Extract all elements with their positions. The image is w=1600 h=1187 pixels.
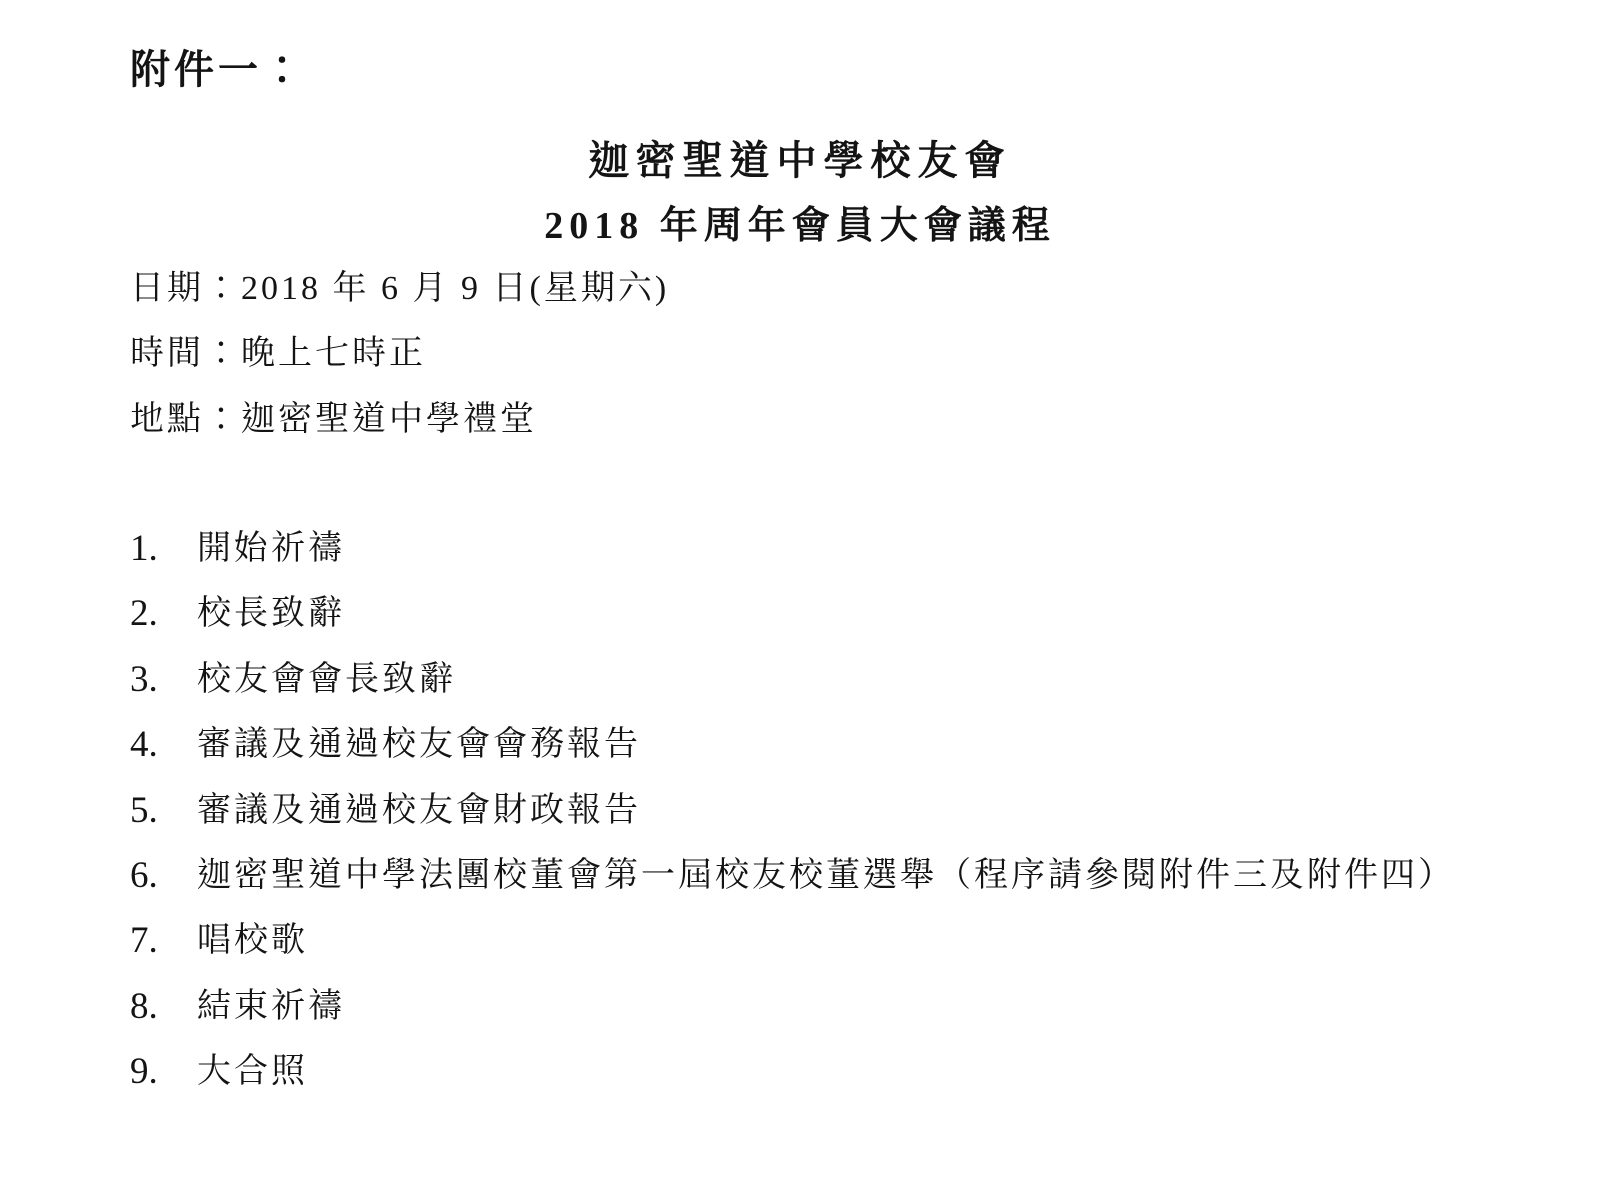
meeting-details: 日期：2018 年 6 月 9 日(星期六) 時間：晚上七時正 地點：迦密聖道中… [130, 271, 669, 467]
agenda-item-text: 審議及通過校友會財政報告 [197, 793, 641, 829]
attachment-label: 附件一： [130, 50, 306, 90]
agenda-item-text: 校友會會長致辭 [197, 662, 456, 698]
agenda-item: 1. 開始祈禱 [130, 531, 1530, 596]
agenda-item-number: 8. [130, 989, 197, 1024]
detail-venue: 地點：迦密聖道中學禮堂 [130, 402, 669, 467]
agenda-item-text: 結束祈禱 [197, 989, 345, 1025]
title-block: 迦密聖道中學校友會 2018 年周年會員大會議程 [0, 141, 1600, 245]
detail-time: 時間：晚上七時正 [130, 336, 669, 401]
agenda-item-text: 開始祈禱 [197, 531, 345, 567]
agenda-item-text: 大合照 [197, 1054, 308, 1090]
agenda-item: 9. 大合照 [130, 1054, 1530, 1119]
document-title: 迦密聖道中學校友會 [0, 141, 1600, 181]
document-page: 附件一： 迦密聖道中學校友會 2018 年周年會員大會議程 日期：2018 年 … [0, 0, 1600, 1187]
agenda-item: 5. 審議及通過校友會財政報告 [130, 793, 1530, 858]
agenda-item: 8. 結束祈禱 [130, 989, 1530, 1054]
agenda-item-number: 2. [130, 596, 197, 631]
agenda-item: 7. 唱校歌 [130, 923, 1530, 988]
agenda-item-number: 9. [130, 1054, 197, 1089]
document-subtitle: 2018 年周年會員大會議程 [0, 207, 1600, 245]
detail-date: 日期：2018 年 6 月 9 日(星期六) [130, 271, 669, 336]
agenda-item: 3. 校友會會長致辭 [130, 662, 1530, 727]
agenda-item-number: 3. [130, 662, 197, 697]
agenda-item-text: 迦密聖道中學法團校董會第一屆校友校董選舉（程序請參閱附件三及附件四） [197, 858, 1455, 894]
agenda-item-text: 審議及通過校友會會務報告 [197, 727, 641, 763]
agenda-item-number: 7. [130, 923, 197, 958]
agenda-item: 4. 審議及通過校友會會務報告 [130, 727, 1530, 792]
agenda-item-number: 1. [130, 531, 197, 566]
agenda-item: 6. 迦密聖道中學法團校董會第一屆校友校董選舉（程序請參閱附件三及附件四） [130, 858, 1530, 923]
agenda-item-text: 唱校歌 [197, 923, 308, 959]
agenda-item-number: 5. [130, 793, 197, 828]
agenda-item-number: 6. [130, 858, 197, 893]
agenda-item-number: 4. [130, 727, 197, 762]
agenda-list: 1. 開始祈禱 2. 校長致辭 3. 校友會會長致辭 4. 審議及通過校友會會務… [130, 531, 1530, 1120]
agenda-item: 2. 校長致辭 [130, 596, 1530, 661]
agenda-item-text: 校長致辭 [197, 596, 345, 632]
